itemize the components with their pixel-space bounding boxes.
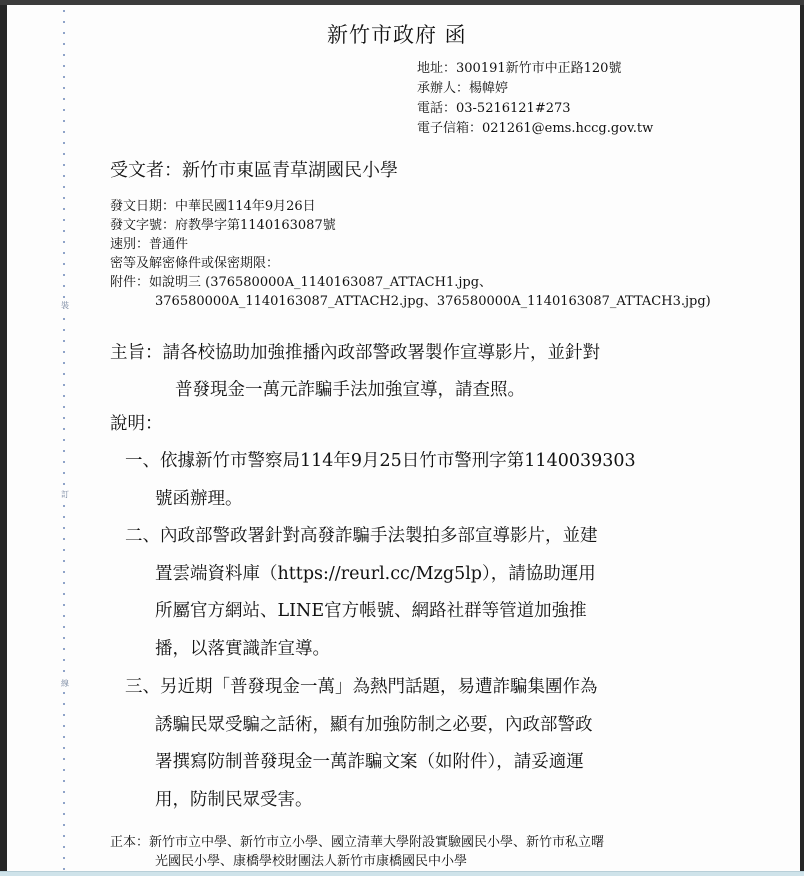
- cc-line2: 光國民小學、康橋學校財團法人新竹市康橋國民中小學: [110, 852, 604, 871]
- description-item-1: 一、依據新竹市警察局114年9月25日竹市警刑字第1140039303 號函辦理…: [125, 443, 735, 518]
- carbon-copy: 正本：新竹市立中學、新竹市立小學、國立清華大學附設實驗國民小學、新竹市私立曙 光…: [110, 833, 604, 871]
- contact-address: 地址：300191新竹市中正路120號: [417, 59, 653, 79]
- binding-dotted-line: [63, 10, 65, 871]
- contact-phone: 電話：03-5216121#273: [417, 99, 653, 119]
- document-number: 發文字號：府教學字第1140163087號: [110, 216, 711, 235]
- item-line: 署撰寫防制普發現金一萬詐騙文案（如附件），請妥適運: [125, 744, 735, 782]
- item-line: 置雲端資料庫（https://reurl.cc/Mzg5lp），請協助運用: [125, 556, 735, 594]
- classification: 密等及解密條件或保密期限：: [110, 254, 711, 273]
- item-line: 號函辦理。: [125, 481, 735, 519]
- item-line: 用，防制民眾受害。: [125, 782, 735, 820]
- description-heading: 說明：: [110, 410, 163, 435]
- description-item-3: 三、另近期「普發現金一萬」為熱門話題，易遭詐騙集團作為 誘騙民眾受騙之話術，顯有…: [125, 669, 735, 819]
- subject-line2: 普發現金一萬元詐騙手法加強宣導，請查照。: [110, 372, 730, 409]
- attachments-line2: 376580000A_1140163087_ATTACH2.jpg、376580…: [110, 292, 711, 311]
- description-item-2: 二、內政部警政署針對高發詐騙手法製拍多部宣導影片，並建 置雲端資料庫（https…: [125, 518, 735, 668]
- binding-mark-xian: 線: [59, 679, 71, 689]
- subject: 主旨：請各校協助加強推播內政部警政署製作宣導影片，並針對 普發現金一萬元詐騙手法…: [110, 335, 730, 409]
- item-line: 三、另近期「普發現金一萬」為熱門話題，易遭詐騙集團作為: [125, 669, 735, 707]
- binding-mark-zhuang: 裝: [59, 301, 71, 311]
- item-line: 誘騙民眾受騙之話術，顯有加強防制之必要，內政部警政: [125, 707, 735, 745]
- item-line: 所屬官方網站、LINE官方帳號、網路社群等管道加強推: [125, 593, 735, 631]
- binding-mark-ding: 訂: [59, 490, 71, 500]
- cc-line1: 正本：新竹市立中學、新竹市立小學、國立清華大學附設實驗國民小學、新竹市私立曙: [110, 833, 604, 852]
- viewer-scrollbar[interactable]: [800, 5, 804, 876]
- document-title: 新竹市政府 函: [327, 19, 467, 49]
- subject-line1: 主旨：請各校協助加強推播內政部警政署製作宣導影片，並針對: [110, 335, 730, 372]
- document-meta: 發文日期：中華民國114年9月26日 發文字號：府教學字第1140163087號…: [110, 197, 711, 311]
- contact-email: 電子信箱：021261@ems.hccg.gov.tw: [417, 119, 653, 139]
- contact-block: 地址：300191新竹市中正路120號 承辦人：楊幃婷 電話：03-521612…: [417, 59, 653, 139]
- document-page: 裝 訂 線 新竹市政府 函 地址：300191新竹市中正路120號 承辦人：楊幃…: [7, 5, 800, 871]
- delivery-speed: 速別：普通件: [110, 235, 711, 254]
- contact-handler: 承辦人：楊幃婷: [417, 79, 653, 99]
- item-line: 播，以落實識詐宣導。: [125, 631, 735, 669]
- attachments-line1: 附件：如說明三 (376580000A_1140163087_ATTACH1.j…: [110, 273, 711, 292]
- item-line: 二、內政部警政署針對高發詐騙手法製拍多部宣導影片，並建: [125, 518, 735, 556]
- recipient: 受文者：新竹市東區青草湖國民小學: [110, 156, 398, 182]
- viewer-left-edge: [0, 5, 7, 876]
- viewer-bottom-strip: [0, 871, 804, 876]
- item-line: 一、依據新竹市警察局114年9月25日竹市警刑字第1140039303: [125, 443, 735, 481]
- issue-date: 發文日期：中華民國114年9月26日: [110, 197, 711, 216]
